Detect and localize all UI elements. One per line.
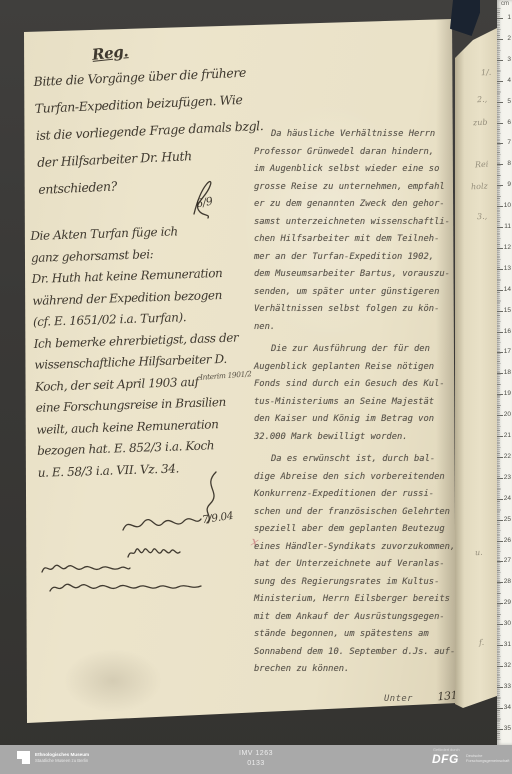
handwritten-note-top: Bitte die Vorgänge über die frühere Turf… (33, 58, 271, 203)
signature-official (120, 510, 204, 538)
ruler-cm-label: 23 (503, 474, 511, 481)
ruler: cm 1234567891011121314151617181920212223… (497, 0, 512, 745)
ruler-cm-label: 9 (503, 181, 511, 188)
ruler-cm-label: 6 (503, 119, 511, 126)
ruler-cm-label: 31 (503, 641, 511, 648)
bleed-fragment: holz (471, 182, 488, 192)
ruler-cm-label: 12 (503, 244, 511, 251)
ruler-unit-label: cm (501, 1, 509, 7)
bleed-fragment: Rei (475, 160, 489, 170)
handwritten-scribble-line (40, 560, 132, 578)
handwritten-heading: Reg. (91, 42, 129, 64)
ruler-cm-label: 25 (503, 516, 511, 523)
ruler-cm-label: 14 (503, 286, 511, 293)
ruler-cm-label: 27 (503, 557, 511, 564)
ruler-cm-label: 13 (503, 265, 511, 272)
ruler-cm-label: 16 (503, 328, 511, 335)
dfg-name: Deutsche Forschungsgemeinschaft (466, 754, 509, 764)
typed-paragraph: Da häusliche Verhältnisse Herrn Professo… (254, 126, 466, 336)
ruler-cm-label: 11 (503, 223, 511, 230)
handwritten-note-main: Die Akten Turfan füge ich ganz gehorsams… (30, 219, 270, 484)
ruler-cm-label: 29 (503, 599, 511, 606)
ruler-cm-label: 1 (503, 14, 511, 21)
ruler-cm-label: 15 (503, 307, 511, 314)
ruler-cm-label: 8 (503, 160, 511, 167)
document-scan-viewer: Reg. Bitte die Vorgänge über die frühere… (0, 0, 512, 774)
bleed-fragment: 3., (477, 212, 488, 222)
ruler-cm-label: 28 (503, 578, 511, 585)
catchword: Unter (384, 694, 413, 704)
scanned-page: Reg. Bitte die Vorgänge über die frühere… (0, 0, 470, 740)
dfg-logo: DFG (432, 752, 459, 766)
handwritten-scribble-line (48, 578, 204, 598)
ruler-cm-label: 17 (503, 348, 511, 355)
bleed-fragment: f. (479, 638, 485, 647)
bleed-fragment: u. (475, 548, 483, 557)
ruler-cm-label: 4 (503, 77, 511, 84)
ruler-cm-label: 35 (503, 725, 511, 732)
typewritten-text: Da häusliche Verhältnisse Herrn Professo… (254, 126, 466, 684)
ruler-cm-label: 33 (503, 683, 511, 690)
typed-paragraph: Da es erwünscht ist, durch bal- dige Abr… (254, 451, 466, 679)
ruler-cm-label: 21 (503, 432, 511, 439)
ruler-cm-label: 18 (503, 369, 511, 376)
ruler-cm-label: 26 (503, 537, 511, 544)
bleed-fragment: 2., (477, 95, 488, 105)
bleed-fragment: zub (473, 118, 488, 128)
ruler-cm-label: 7 (503, 139, 511, 146)
typed-paragraph: Die zur Ausführung der für den Augenblic… (254, 341, 466, 446)
ruler-cm-label: 10 (503, 202, 511, 209)
book-binding (450, 0, 480, 36)
ruler-cm-label: 30 (503, 620, 511, 627)
footer-bar: Ethnologisches Museum Staatliche Museen … (0, 745, 512, 774)
ruler-cm-label: 20 (503, 411, 511, 418)
ruler-cm-label: 2 (503, 35, 511, 42)
ruler-cm-label: 3 (503, 56, 511, 63)
archive-number: 1A0992 (5, 663, 17, 743)
signature-scribble (126, 544, 182, 562)
ruler-cm-label: 19 (503, 390, 511, 397)
ruler-cm-label: 5 (503, 98, 511, 105)
ruler-cm-label: 32 (503, 662, 511, 669)
bleed-fragment: 1/. (481, 68, 492, 78)
ruler-cm-label: 34 (503, 704, 511, 711)
ruler-cm-label: 24 (503, 495, 511, 502)
ruler-cm-label: 22 (503, 453, 511, 460)
adjacent-page-edge: 1/. 2., zub Rei holz 3., u. f. (455, 0, 497, 714)
